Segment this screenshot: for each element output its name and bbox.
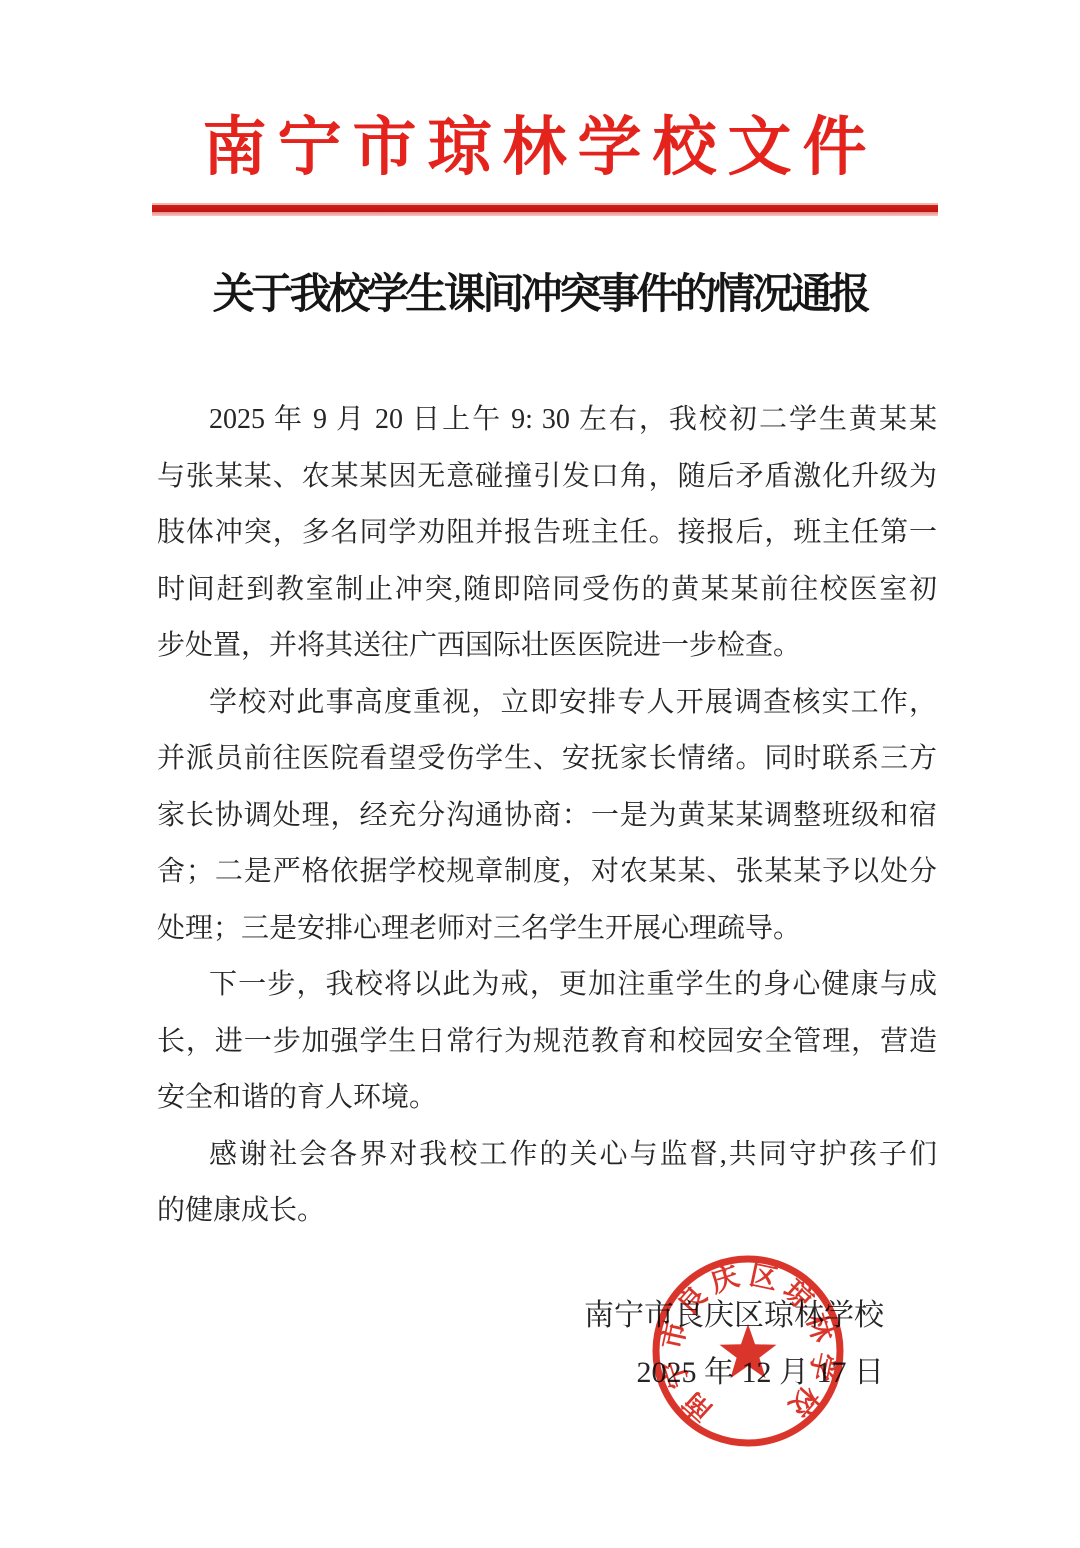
document-body: 2025 年 9 月 20 日上午 9: 30 左右，我校初二学生黄某某与张某某… — [157, 392, 937, 1240]
document-page: 南宁市琼林学校文件 关于我校学生课间冲突事件的情况通报 2025 年 9 月 2… — [0, 0, 1080, 1548]
body-line: 肢体冲突，多名同学劝阻并报告班主任。接报后，班主任第一 — [157, 505, 937, 562]
body-line: 时间赶到教室制止冲突,随即陪同受伤的黄某某前往校医室初 — [157, 562, 937, 619]
body-line: 的健康成长。 — [157, 1183, 937, 1240]
body-line: 与张某某、农某某因无意碰撞引发口角，随后矛盾激化升级为 — [157, 449, 937, 506]
body-line: 处理；三是安排心理老师对三名学生开展心理疏导。 — [157, 901, 937, 958]
official-seal: 南宁市良庆区琼林学校 — [648, 1251, 848, 1451]
body-line: 下一步，我校将以此为戒，更加注重学生的身心健康与成 — [157, 957, 937, 1014]
body-line: 长，进一步加强学生日常行为规范教育和校园安全管理，营造 — [157, 1014, 937, 1071]
body-line: 学校对此事高度重视，立即安排专人开展调查核实工作， — [157, 675, 937, 732]
body-line: 安全和谐的育人环境。 — [157, 1070, 937, 1127]
body-line: 并派员前往医院看望受伤学生、安抚家长情绪。同时联系三方 — [157, 731, 937, 788]
document-header-title: 南宁市琼林学校文件 — [0, 96, 1080, 188]
body-line: 步处置，并将其送往广西国际壮医医院进一步检查。 — [157, 618, 937, 675]
body-line: 2025 年 9 月 20 日上午 9: 30 左右，我校初二学生黄某某 — [157, 392, 937, 449]
doc-title: 关于我校学生课间冲突事件的情况通报 — [0, 261, 1080, 321]
red-divider-line — [152, 203, 938, 216]
body-line: 舍；二是严格依据学校规章制度，对农某某、张某某予以处分 — [157, 844, 937, 901]
star-icon — [720, 1324, 777, 1378]
body-line: 感谢社会各界对我校工作的关心与监督,共同守护孩子们 — [157, 1127, 937, 1184]
body-line: 家长协调处理，经充分沟通协商：一是为黄某某调整班级和宿 — [157, 788, 937, 845]
